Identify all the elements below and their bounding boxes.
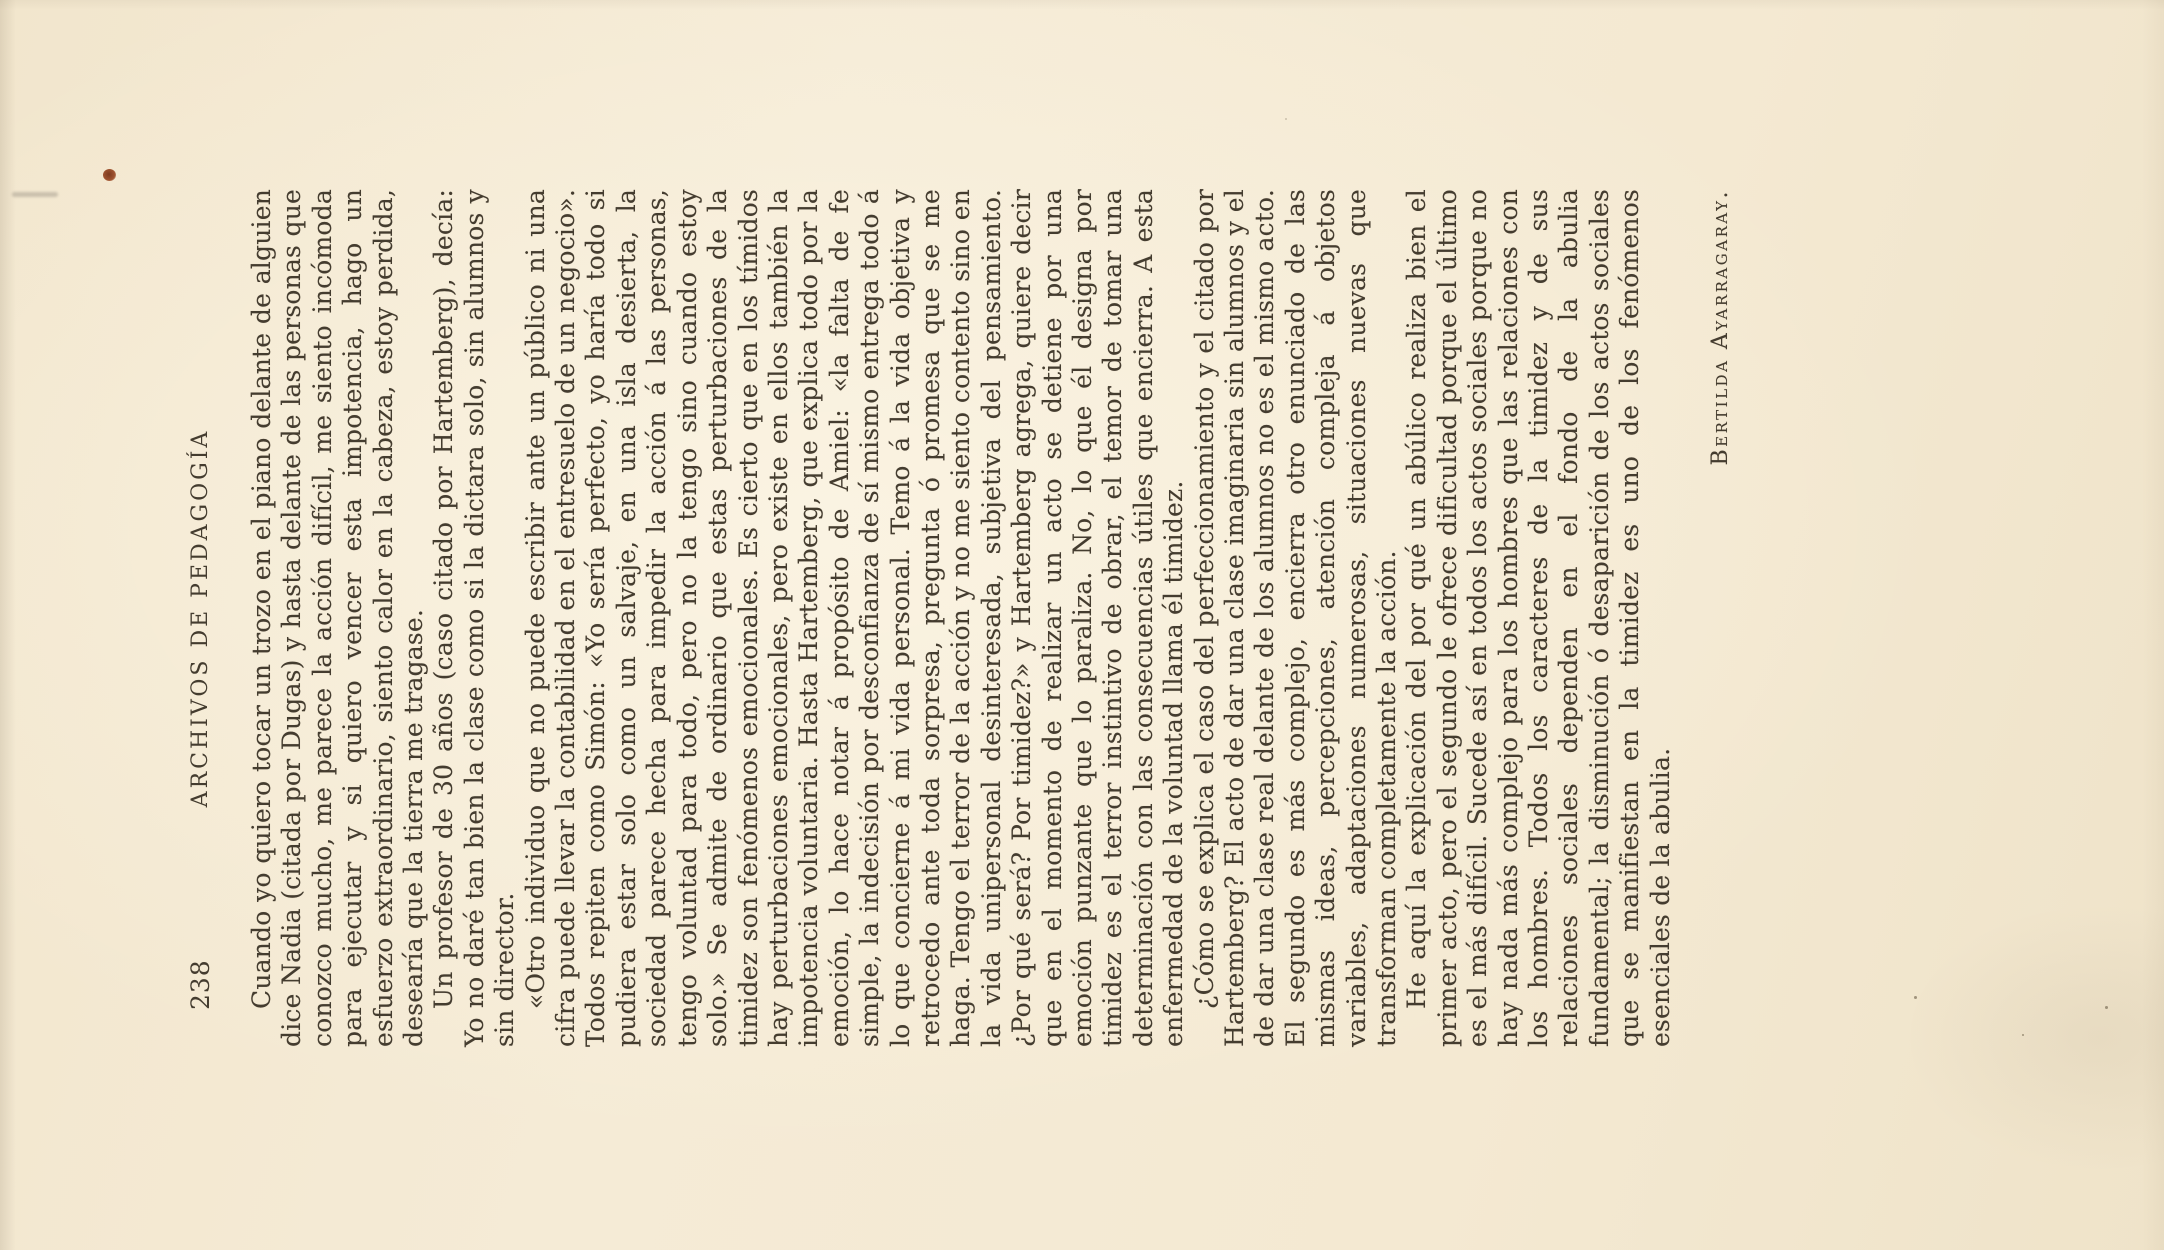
paragraph-3: «Otro individuo que no puede escribir an… — [521, 189, 1190, 1047]
paragraph-4: ¿Cómo se explica el caso del perfecciona… — [1190, 189, 1403, 1047]
paragraph-1: Cuando yo quiero tocar un trozo en el pi… — [247, 189, 429, 1047]
scanned-book-page: 238 ARCHIVOS DE PEDAGOGÍA Cuando yo quie… — [0, 0, 2164, 1250]
rotated-page-content: 238 ARCHIVOS DE PEDAGOGÍA Cuando yo quie… — [0, 0, 2164, 1250]
running-header-title: ARCHIVOS DE PEDAGOGÍA — [188, 189, 213, 1047]
author-signature: Bertilda Ayarragaray. — [1706, 189, 1736, 1047]
paragraph-5: He aquí la explicación del por qué un ab… — [1402, 189, 1676, 1047]
body-text-block: Cuando yo quiero tocar un trozo en el pi… — [247, 189, 1736, 1047]
paragraph-2: Un profesor de 30 años (caso citado por … — [429, 189, 520, 1047]
